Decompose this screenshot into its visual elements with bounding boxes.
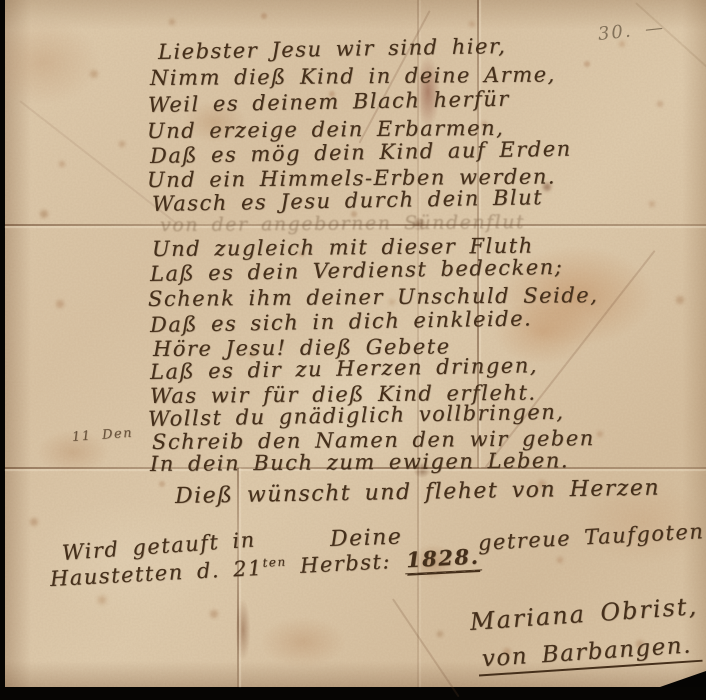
photo-corner-shadow xyxy=(660,671,706,687)
foxing-stain-spots xyxy=(0,0,4,4)
baptism-year: 1828. xyxy=(403,543,482,574)
photographed-manuscript: 30. — Liebster Jesu wir sind hier, Nimm … xyxy=(0,0,706,700)
ordinal-suffix: ten xyxy=(262,555,287,570)
poem-line: In dein Buch zum ewigen Leben. xyxy=(150,448,569,476)
poem-line: Nimm dieß Kind in deine Arme, xyxy=(150,62,556,90)
poem-line-faded: von der angebornen Sündenflut xyxy=(160,211,525,236)
